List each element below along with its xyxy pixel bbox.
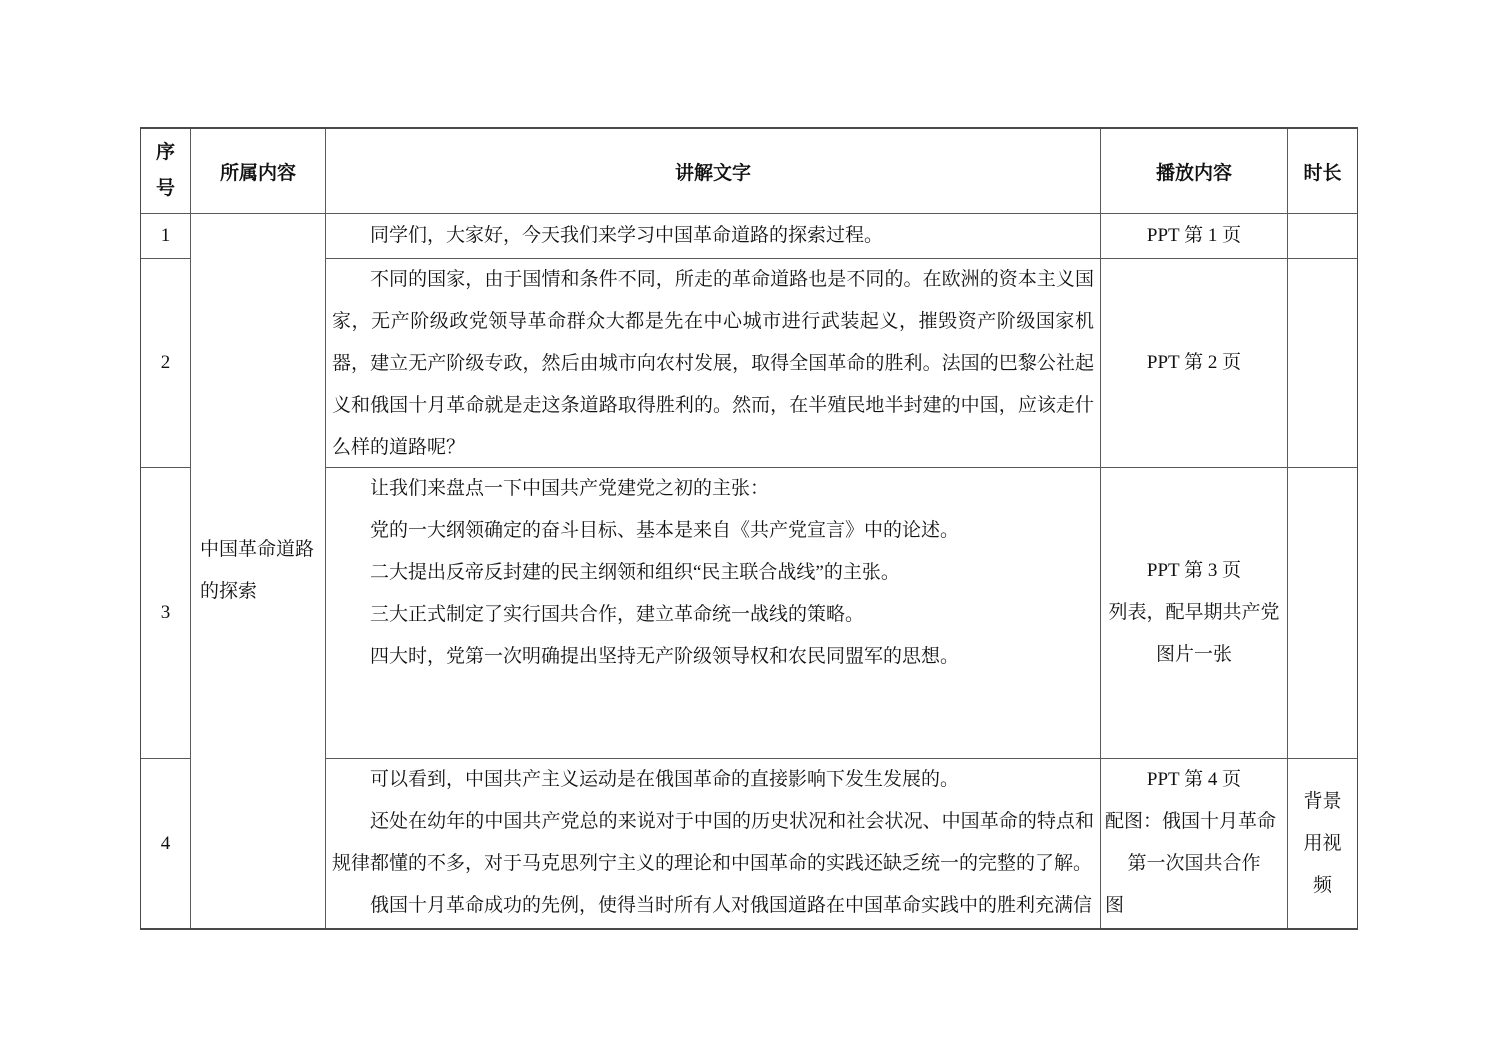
row4-script: 可以看到，中国共产主义运动是在俄国革命的直接影响下发生发展的。 还处在幼年的中国…	[326, 759, 1100, 928]
header-seq: 序号	[141, 129, 190, 213]
row1-seq: 1	[141, 214, 190, 258]
header-category-label: 所属内容	[220, 158, 296, 185]
row1-play: PPT 第 1 页	[1101, 214, 1287, 258]
row2-script-p1: 不同的国家，由于国情和条件不同，所走的革命道路也是不同的。在欧洲的资本主义国家，…	[332, 259, 1094, 467]
row3-play-line1: PPT 第 3 页	[1105, 550, 1283, 592]
category-cell: 中国革命道路的探索	[191, 214, 325, 928]
row3-script-p5: 四大时，党第一次明确提出坚持无产阶级领导权和农民同盟军的思想。	[332, 636, 1094, 678]
row3-script-p2: 党的一大纲领确定的奋斗目标、基本是来自《共产党宣言》中的论述。	[332, 510, 1094, 552]
row4-play: PPT 第 4 页 配图：俄国十月革命 第一次国共合作 图	[1101, 759, 1287, 928]
row4-play-line2: 配图：俄国十月革命	[1105, 801, 1283, 843]
header-script: 讲解文字	[326, 129, 1100, 213]
row4-play-line4: 图	[1105, 885, 1283, 927]
row4-script-p1: 可以看到，中国共产主义运动是在俄国革命的直接影响下发生发展的。	[332, 759, 1094, 801]
header-seq-label: 序号	[156, 135, 176, 207]
header-duration: 时长	[1288, 129, 1357, 213]
row3-play-line2: 列表，配早期共产党	[1105, 592, 1283, 634]
row1-script: 同学们，大家好，今天我们来学习中国革命道路的探索过程。	[326, 214, 1100, 258]
row3-script-p4: 三大正式制定了实行国共合作，建立革命统一战线的策略。	[332, 594, 1094, 636]
row3-play: PPT 第 3 页 列表，配早期共产党 图片一张	[1101, 468, 1287, 758]
header-category: 所属内容	[191, 129, 325, 213]
document-page: 序号 所属内容 讲解文字 播放内容 时长 1 中国革命道路的探索 同学们，大家好…	[0, 0, 1497, 1059]
row4-play-line1: PPT 第 4 页	[1105, 759, 1283, 801]
row2-play: PPT 第 2 页	[1101, 259, 1287, 467]
row1-duration	[1288, 214, 1357, 258]
row4-play-line3: 第一次国共合作	[1105, 843, 1283, 885]
row1-play-line1: PPT 第 1 页	[1105, 215, 1283, 257]
row4-script-p3: 俄国十月革命成功的先例，使得当时所有人对俄国道路在中国革命实践中的胜利充满信	[332, 885, 1094, 927]
header-play-label: 播放内容	[1156, 158, 1232, 185]
row4-seq-value: 4	[161, 833, 171, 855]
row1-script-p1: 同学们，大家好，今天我们来学习中国革命道路的探索过程。	[332, 215, 1094, 257]
row3-script-p3: 二大提出反帝反封建的民主纲领和组织“民主联合战线”的主张。	[332, 552, 1094, 594]
row2-seq: 2	[141, 259, 190, 467]
row4-seq: 4	[141, 759, 190, 928]
row4-duration-text: 背景用视频	[1298, 781, 1347, 907]
row3-seq: 3	[141, 468, 190, 758]
row2-play-line1: PPT 第 2 页	[1105, 342, 1283, 384]
header-play: 播放内容	[1101, 129, 1287, 213]
row3-script: 让我们来盘点一下中国共产党建党之初的主张： 党的一大纲领确定的奋斗目标、基本是来…	[326, 468, 1100, 758]
script-table: 序号 所属内容 讲解文字 播放内容 时长 1 中国革命道路的探索 同学们，大家好…	[140, 127, 1358, 930]
row4-duration: 背景用视频	[1288, 759, 1357, 928]
row3-duration	[1288, 468, 1357, 758]
row3-seq-value: 3	[161, 602, 171, 624]
row3-script-p1: 让我们来盘点一下中国共产党建党之初的主张：	[332, 468, 1094, 510]
row4-script-p2: 还处在幼年的中国共产党总的来说对于中国的历史状况和社会状况、中国革命的特点和规律…	[332, 801, 1094, 885]
row1-seq-value: 1	[161, 225, 171, 247]
row2-duration	[1288, 259, 1357, 467]
row3-play-line3: 图片一张	[1105, 634, 1283, 676]
header-script-label: 讲解文字	[675, 158, 751, 185]
row2-script: 不同的国家，由于国情和条件不同，所走的革命道路也是不同的。在欧洲的资本主义国家，…	[326, 259, 1100, 467]
header-duration-label: 时长	[1303, 158, 1341, 185]
category-text: 中国革命道路的探索	[200, 529, 316, 613]
row2-seq-value: 2	[161, 352, 171, 374]
